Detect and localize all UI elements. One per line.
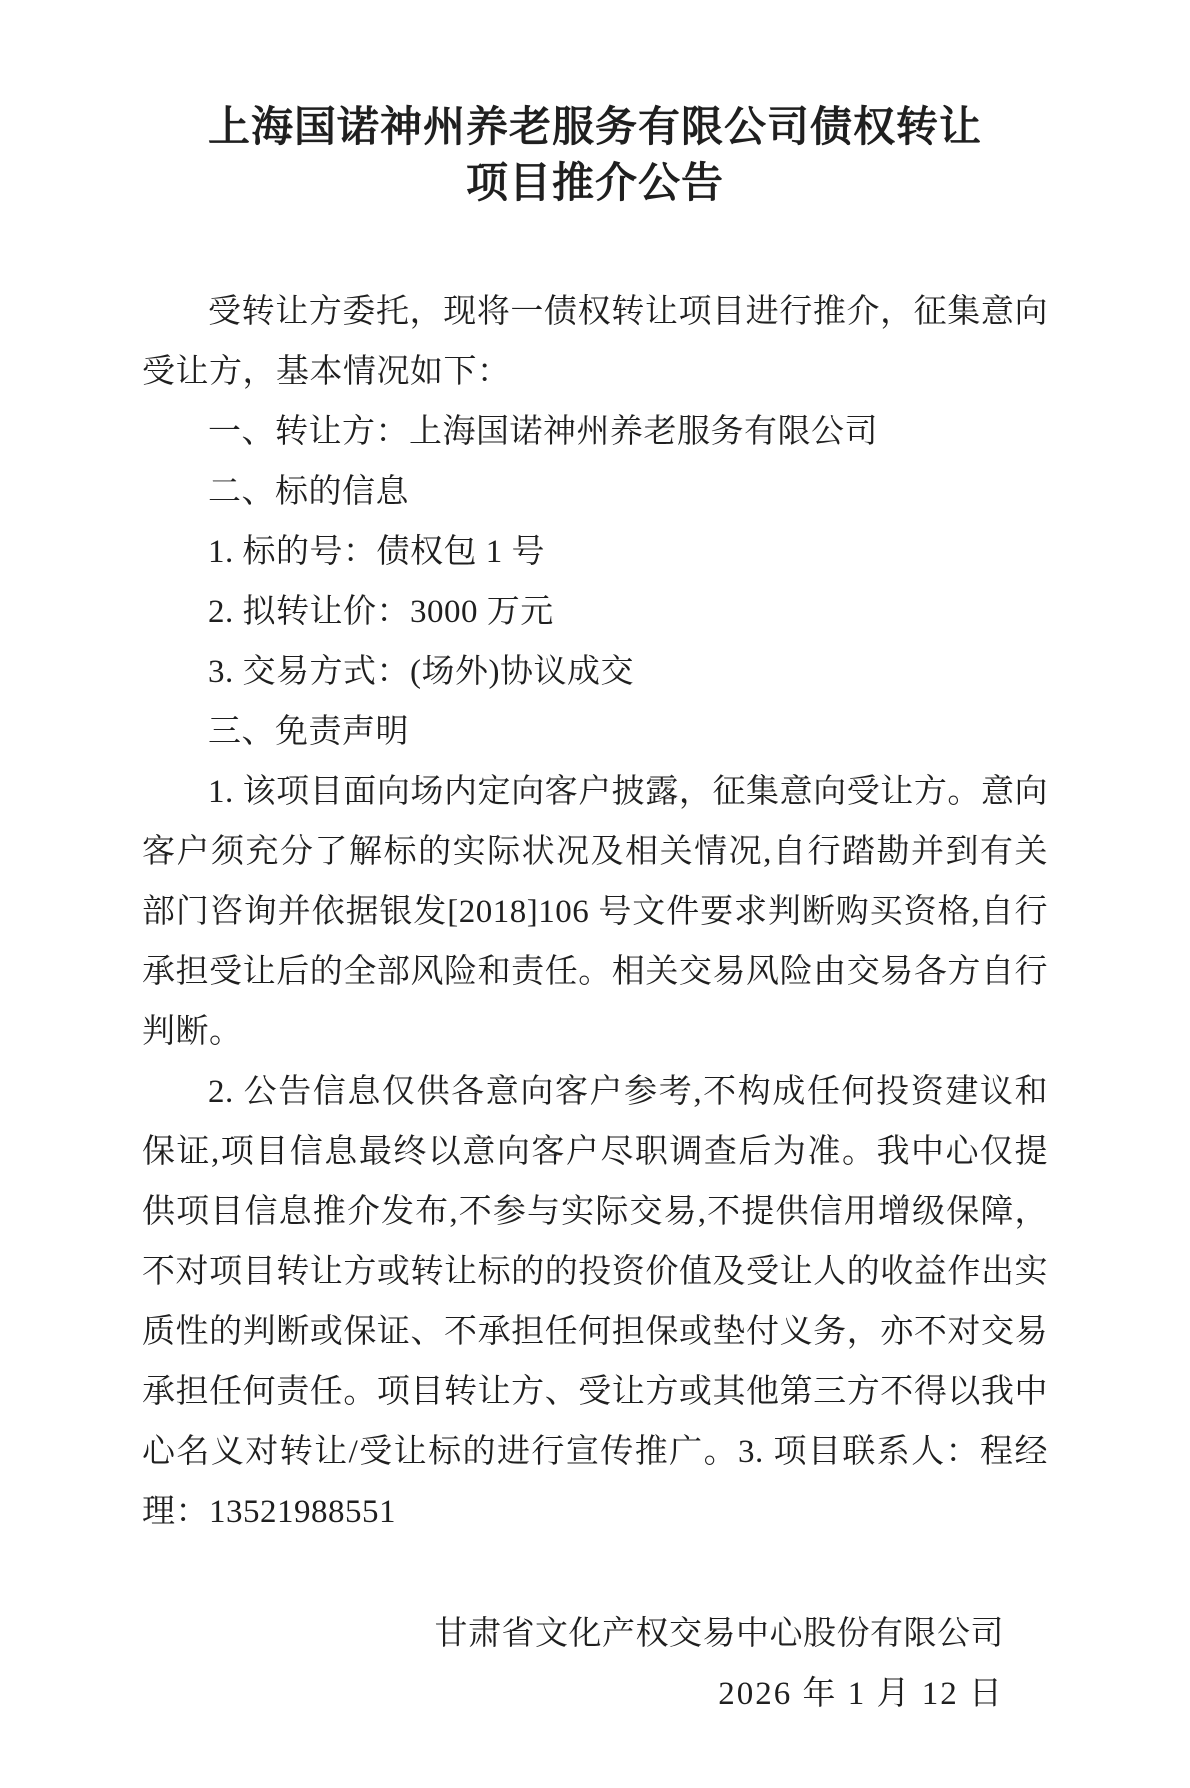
- item-transfer-price: 2. 拟转让价：3000 万元: [142, 582, 1048, 642]
- document-title: 上海国诺神州养老服务有限公司债权转让 项目推介公告: [142, 100, 1048, 212]
- disclaimer-paragraph-2: 2. 公告信息仅供各意向客户参考,不构成任何投资建议和保证,项目信息最终以意向客…: [142, 1062, 1048, 1542]
- section-transferor: 一、转让方：上海国诺神州养老服务有限公司: [142, 402, 1048, 462]
- disclaimer-paragraph-1: 1. 该项目面向场内定向客户披露，征集意向受让方。意向客户须充分了解标的实际状况…: [142, 762, 1048, 1062]
- section-disclaimer-heading: 三、免责声明: [142, 702, 1048, 762]
- document-body: 受转让方委托，现将一债权转让项目进行推介，征集意向受让方，基本情况如下： 一、转…: [142, 282, 1048, 1542]
- intro-paragraph: 受转让方委托，现将一债权转让项目进行推介，征集意向受让方，基本情况如下：: [142, 282, 1048, 402]
- title-line-2: 项目推介公告: [142, 156, 1048, 212]
- signature-block: 甘肃省文化产权交易中心股份有限公司 2026 年 1 月 12 日: [142, 1604, 1048, 1724]
- title-line-1: 上海国诺神州养老服务有限公司债权转让: [142, 100, 1048, 156]
- section-target-info-heading: 二、标的信息: [142, 462, 1048, 522]
- item-target-number: 1. 标的号：债权包 1 号: [142, 522, 1048, 582]
- item-transaction-method: 3. 交易方式：(场外)协议成交: [142, 642, 1048, 702]
- signature-company: 甘肃省文化产权交易中心股份有限公司: [142, 1604, 1004, 1664]
- document-page: 上海国诺神州养老服务有限公司债权转让 项目推介公告 受转让方委托，现将一债权转让…: [0, 0, 1190, 1788]
- signature-date: 2026 年 1 月 12 日: [142, 1664, 1004, 1724]
